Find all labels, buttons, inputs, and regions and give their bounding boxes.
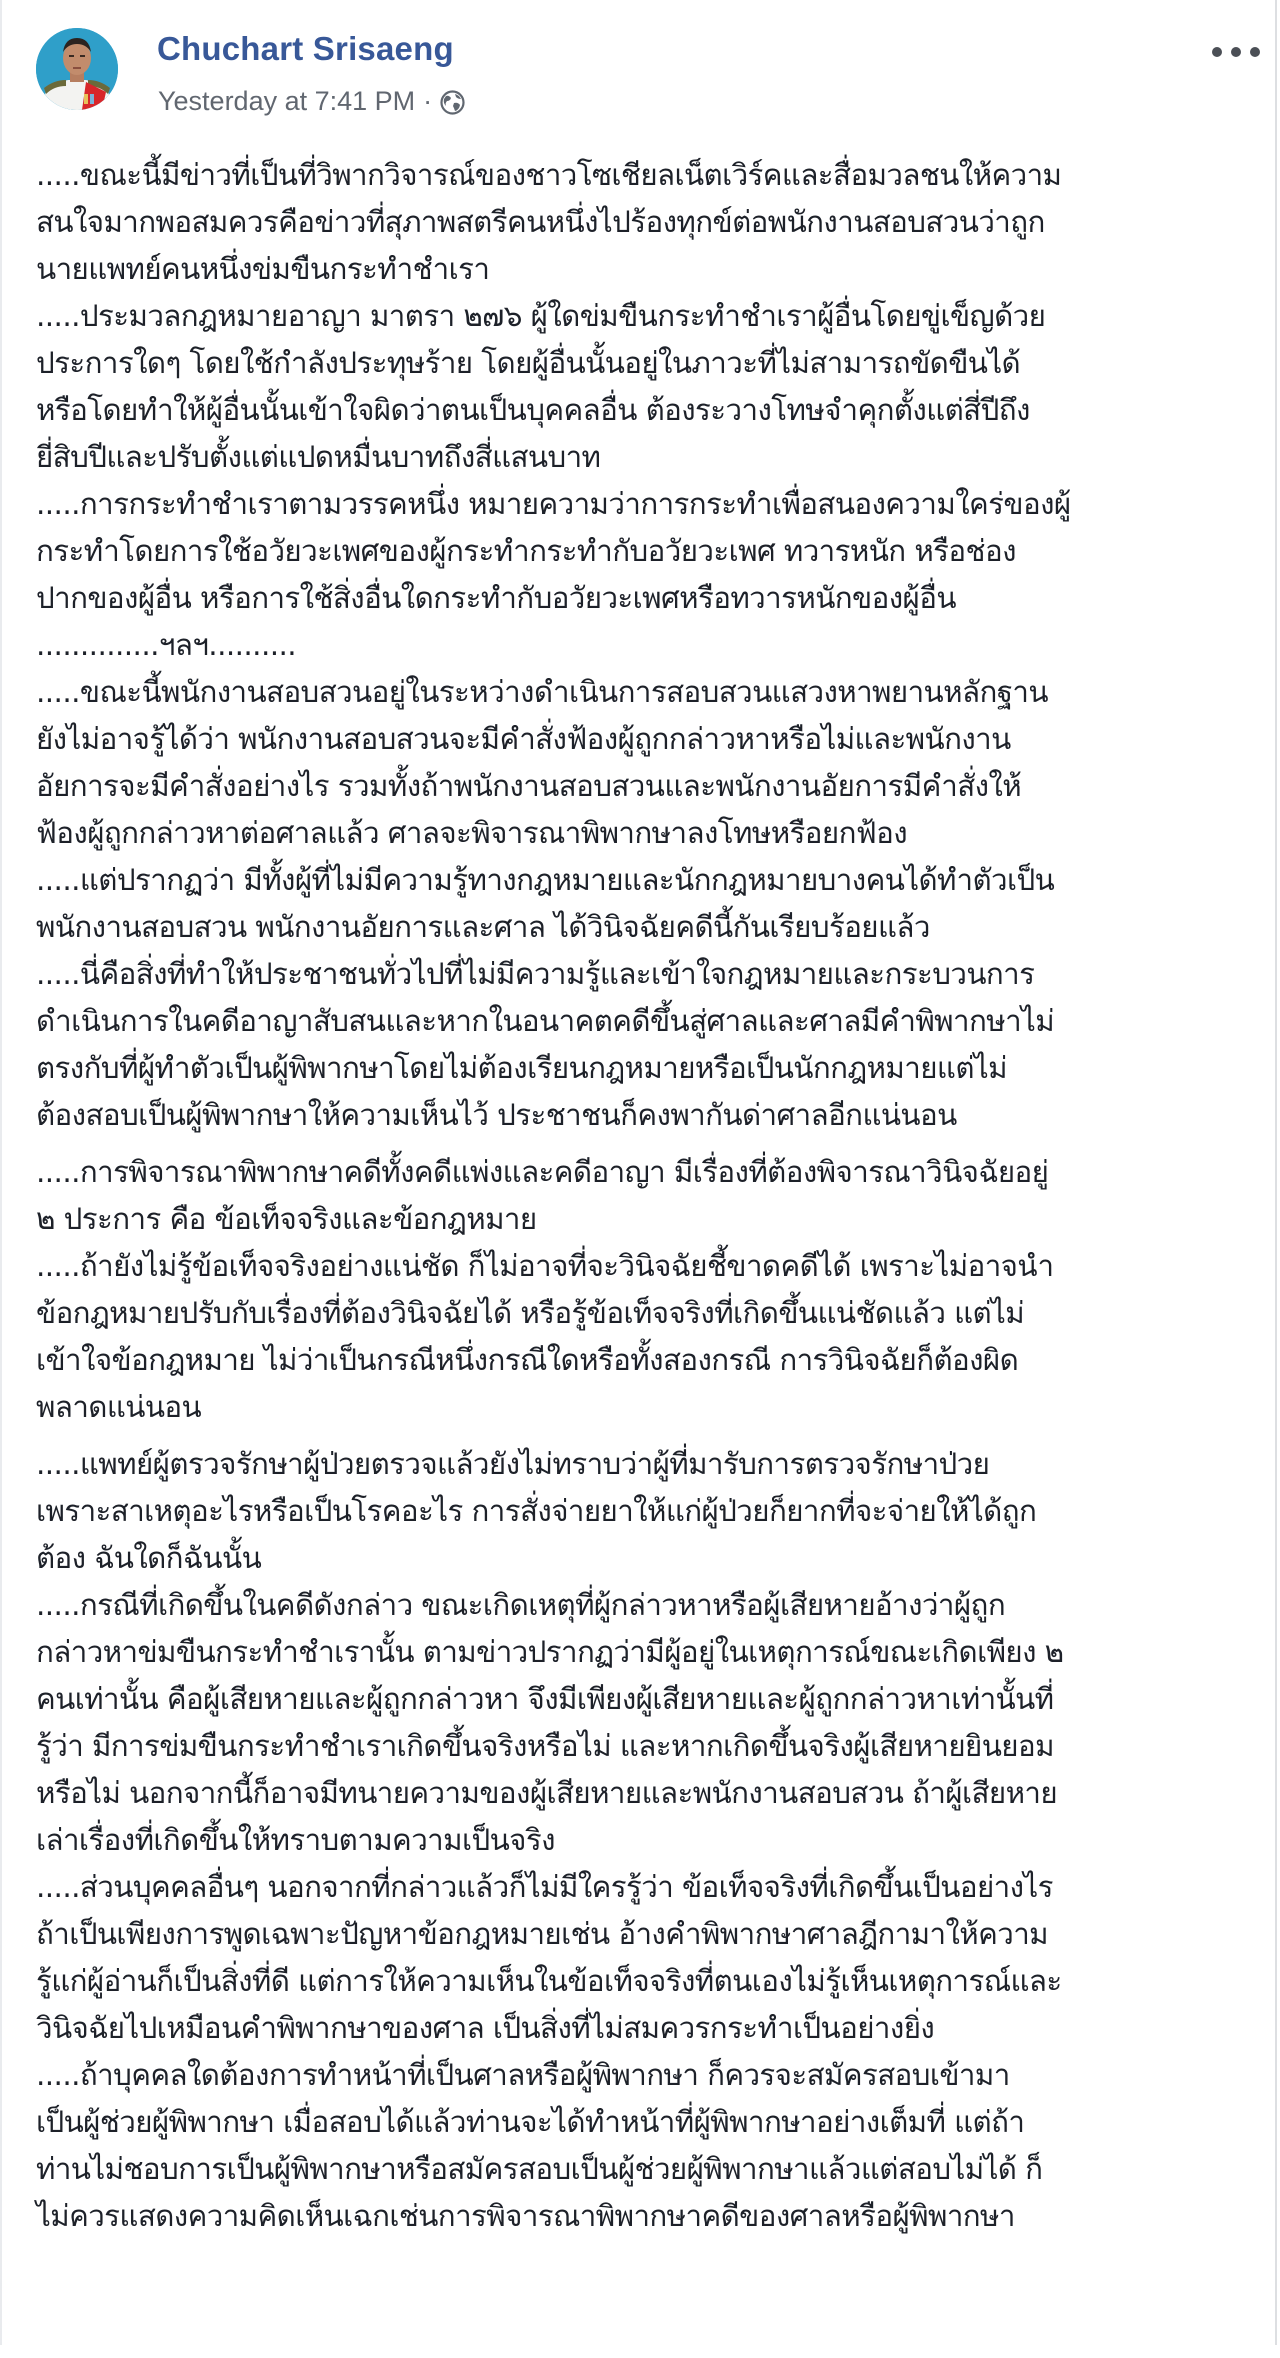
- post-text-line: .....กรณีที่เกิดขึ้นในคดีดังกล่าว ขณะเกิ…: [36, 1582, 1266, 1629]
- post-text-line: ยังไม่อาจรู้ได้ว่า พนักงานสอบสวนจะมีคำสั…: [36, 716, 1266, 763]
- post-text-line: ดำเนินการในคดีอาญาสับสนและหากในอนาคตคดีข…: [36, 998, 1266, 1045]
- post-text-line: อัยการจะมีคำสั่งอย่างไร รวมทั้งถ้าพนักงา…: [36, 763, 1266, 810]
- more-horizontal-icon-dot-3: [1250, 47, 1260, 57]
- post-text-line: กล่าวหาข่มขืนกระทำชำเรานั้น ตามข่าวปรากฏ…: [36, 1629, 1266, 1676]
- post-text-line: ข้อกฎหมายปรับกับเรื่องที่ต้องวินิจฉัยได้…: [36, 1290, 1266, 1337]
- post-paragraph: .....ขณะนี้มีข่าวที่เป็นที่วิพากวิจารณ์ข…: [36, 152, 1266, 293]
- post-paragraph: .....แต่ปรากฏว่า มีทั้งผู้ที่ไม่มีความรู…: [36, 857, 1266, 951]
- post-text-line: พลาดแน่นอน: [36, 1384, 1266, 1431]
- more-options-button[interactable]: [1212, 40, 1260, 64]
- post-paragraph: .....นี่คือสิ่งที่ทำให้ประชาชนทั่วไปที่ไ…: [36, 951, 1266, 1139]
- post-text-line: ..............ฯลฯ..........: [36, 622, 1266, 669]
- post-text-line: เข้าใจข้อกฎหมาย ไม่ว่าเป็นกรณีหนึ่งกรณีใ…: [36, 1337, 1266, 1384]
- post-text-line: เป็นผู้ช่วยผู้พิพากษา เมื่อสอบได้แล้วท่า…: [36, 2099, 1266, 2146]
- post-text-line: .....การพิจารณาพิพากษาคดีทั้งคดีแพ่งและค…: [36, 1149, 1266, 1196]
- post-text-line: .....ถ้ายังไม่รู้ข้อเท็จจริงอย่างแน่ชัด …: [36, 1243, 1266, 1290]
- post-paragraph: .....ถ้ายังไม่รู้ข้อเท็จจริงอย่างแน่ชัด …: [36, 1243, 1266, 1431]
- post-timestamp-link[interactable]: Yesterday at 7:41 PM: [158, 86, 415, 117]
- post-header: Chuchart Srisaeng Yesterday at 7:41 PM ·: [2, 0, 1275, 140]
- avatar-photo-icon: [36, 28, 118, 110]
- post-text-line: พนักงานสอบสวน พนักงานอัยการและศาล ได้วิน…: [36, 904, 1266, 951]
- post-paragraph: .....กรณีที่เกิดขึ้นในคดีดังกล่าว ขณะเกิ…: [36, 1582, 1266, 1864]
- post-text-line: ยี่สิบปีและปรับตั้งแต่แปดหมื่นบาทถึงสี่แ…: [36, 434, 1266, 481]
- post-paragraph: .....ส่วนบุคคลอื่นๆ นอกจากที่กล่าวแล้วก็…: [36, 1864, 1266, 2052]
- post-text-line: .....นี่คือสิ่งที่ทำให้ประชาชนทั่วไปที่ไ…: [36, 951, 1266, 998]
- post-text-line: .....ถ้าบุคคลใดต้องการทำหน้าที่เป็นศาลหร…: [36, 2052, 1266, 2099]
- post-text-line: เล่าเรื่องที่เกิดขึ้นให้ทราบตามความเป็นจ…: [36, 1817, 1266, 1864]
- author-name-link[interactable]: Chuchart Srisaeng: [157, 30, 454, 68]
- meta-separator: ·: [423, 86, 432, 117]
- post-paragraph: .....ขณะนี้พนักงานสอบสวนอยู่ในระหว่างดำเ…: [36, 669, 1266, 857]
- post-text-line: .....ประมวลกฎหมายอาญา มาตรา ๒๗๖ ผู้ใดข่ม…: [36, 293, 1266, 340]
- post-body-text: .....ขณะนี้มีข่าวที่เป็นที่วิพากวิจารณ์ข…: [36, 152, 1266, 2240]
- post-text-line: กระทำโดยการใช้อวัยวะเพศของผู้กระทำกระทำก…: [36, 528, 1266, 575]
- post-paragraph: ..............ฯลฯ..........: [36, 622, 1266, 669]
- post-text-line: ปากของผู้อื่น หรือการใช้สิ่งอื่นใดกระทำก…: [36, 575, 1266, 622]
- post-text-line: หรือไม่ นอกจากนี้ก็อาจมีทนายความของผู้เส…: [36, 1770, 1266, 1817]
- post-text-line: รู้ว่า มีการข่มขืนกระทำชำเราเกิดขึ้นจริง…: [36, 1723, 1266, 1770]
- post-text-line: ต้องสอบเป็นผู้พิพากษาให้ความเห็นไว้ ประช…: [36, 1092, 1266, 1139]
- avatar[interactable]: [36, 28, 118, 110]
- post-paragraph: .....ถ้าบุคคลใดต้องการทำหน้าที่เป็นศาลหร…: [36, 2052, 1266, 2240]
- post-paragraph: .....ประมวลกฎหมายอาญา มาตรา ๒๗๖ ผู้ใดข่ม…: [36, 293, 1266, 481]
- more-horizontal-icon-dot-2: [1231, 47, 1241, 57]
- post-text-line: ท่านไม่ชอบการเป็นผู้พิพากษาหรือสมัครสอบเ…: [36, 2146, 1266, 2193]
- post-text-line: .....แต่ปรากฏว่า มีทั้งผู้ที่ไม่มีความรู…: [36, 857, 1266, 904]
- post-text-line: นายแพทย์คนหนึ่งข่มขืนกระทำชำเรา: [36, 246, 1266, 293]
- post-text-line: รู้แก่ผู้อ่านก็เป็นสิ่งที่ดี แต่การให้คว…: [36, 1958, 1266, 2005]
- post-text-line: คนเท่านั้น คือผู้เสียหายและผู้ถูกกล่าวหา…: [36, 1676, 1266, 1723]
- post-text-line: หรือโดยทำให้ผู้อื่นนั้นเข้าใจผิดว่าตนเป็…: [36, 387, 1266, 434]
- post-text-line: ๒ ประการ คือ ข้อเท็จจริงและข้อกฎหมาย: [36, 1196, 1266, 1243]
- post-text-line: ตรงกับที่ผู้ทำตัวเป็นผู้พิพากษาโดยไม่ต้อ…: [36, 1045, 1266, 1092]
- more-horizontal-icon-dot-1: [1212, 47, 1222, 57]
- post-text-line: .....แพทย์ผู้ตรวจรักษาผู้ป่วยตรวจแล้วยัง…: [36, 1441, 1266, 1488]
- post-text-line: ต้อง ฉันใดก็ฉันนั้น: [36, 1535, 1266, 1582]
- post-text-line: .....ส่วนบุคคลอื่นๆ นอกจากที่กล่าวแล้วก็…: [36, 1864, 1266, 1911]
- post-text-line: .....ขณะนี้พนักงานสอบสวนอยู่ในระหว่างดำเ…: [36, 669, 1266, 716]
- post-text-line: ฟ้องผู้ถูกกล่าวหาต่อศาลแล้ว ศาลจะพิจารณา…: [36, 810, 1266, 857]
- post-meta: Yesterday at 7:41 PM ·: [158, 86, 465, 117]
- post-text-line: ประการใดๆ โดยใช้กำลังประทุษร้าย โดยผู้อื…: [36, 340, 1266, 387]
- post-text-line: ไม่ควรแสดงความคิดเห็นเฉกเช่นการพิจารณาพิ…: [36, 2193, 1266, 2240]
- facebook-post: Chuchart Srisaeng Yesterday at 7:41 PM ·…: [0, 0, 1277, 2345]
- post-text-line: .....การกระทำชำเราตามวรรคหนึ่ง หมายความว…: [36, 481, 1266, 528]
- post-text-line: ถ้าเป็นเพียงการพูดเฉพาะปัญหาข้อกฎหมายเช่…: [36, 1911, 1266, 1958]
- post-text-line: สนใจมากพอสมควรคือข่าวที่สุภาพสตรีคนหนึ่ง…: [36, 199, 1266, 246]
- post-paragraph: .....การกระทำชำเราตามวรรคหนึ่ง หมายความว…: [36, 481, 1266, 622]
- post-text-line: .....ขณะนี้มีข่าวที่เป็นที่วิพากวิจารณ์ข…: [36, 152, 1266, 199]
- post-text-line: วินิจฉัยไปเหมือนคำพิพากษาของศาล เป็นสิ่ง…: [36, 2005, 1266, 2052]
- post-paragraph: .....การพิจารณาพิพากษาคดีทั้งคดีแพ่งและค…: [36, 1149, 1266, 1243]
- post-text-line: เพราะสาเหตุอะไรหรือเป็นโรคอะไร การสั่งจ่…: [36, 1488, 1266, 1535]
- post-paragraph: .....แพทย์ผู้ตรวจรักษาผู้ป่วยตรวจแล้วยัง…: [36, 1441, 1266, 1582]
- globe-icon[interactable]: [440, 90, 465, 115]
